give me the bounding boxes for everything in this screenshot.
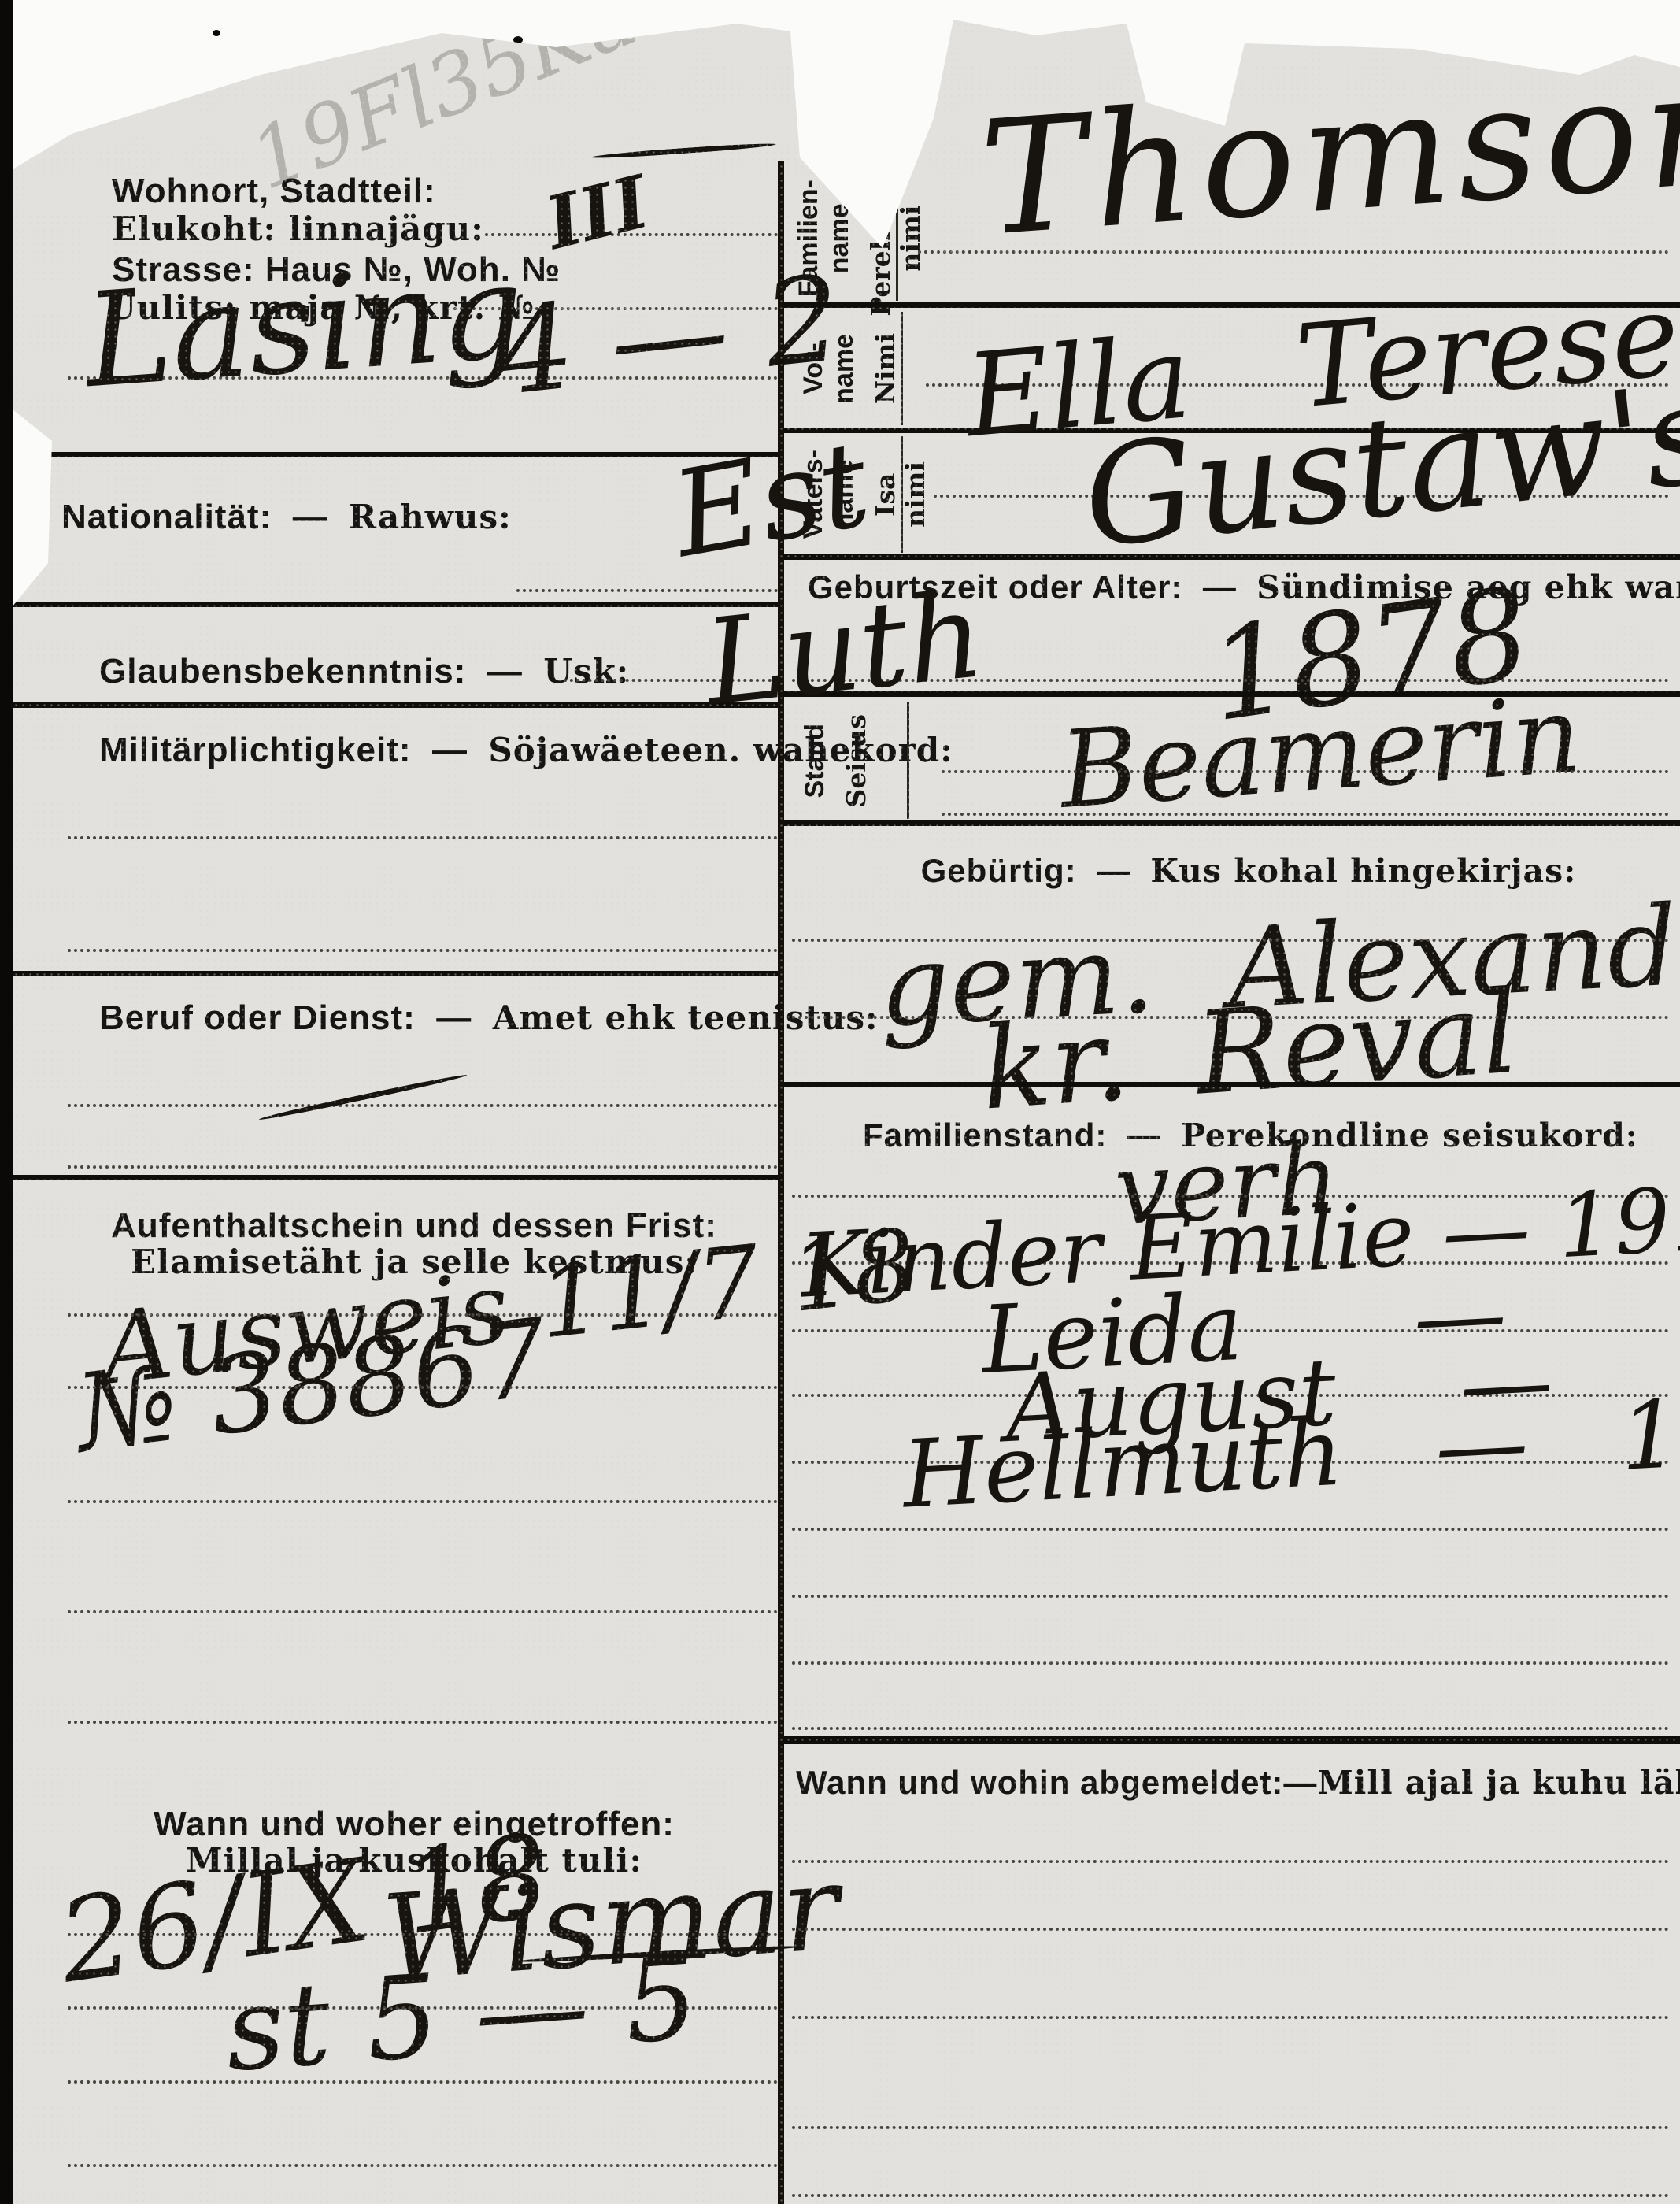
- surname-label-de: Familien- name: [794, 180, 855, 297]
- rule-heavy: [784, 1082, 1680, 1087]
- separator: —: [1097, 852, 1130, 889]
- dotted-line: [68, 1165, 778, 1169]
- firstname-label-et: Nimi: [871, 333, 901, 404]
- dotted-line: [68, 1386, 778, 1389]
- firstname-labels: Vor- name Nimi: [798, 315, 901, 422]
- dotted-line: [792, 1727, 1669, 1730]
- rule-heavy: [13, 702, 778, 708]
- rule-heavy: [13, 602, 778, 607]
- profession-label-de: Beruf oder Dienst: — Amet ehk teenistus:: [99, 998, 879, 1038]
- rule-heavy: [13, 971, 778, 976]
- label-rule: [901, 436, 903, 553]
- dotted-line: [792, 1528, 1669, 1531]
- rule-heavy: [13, 1175, 778, 1180]
- separator: —: [436, 998, 472, 1037]
- dotted-line: [942, 813, 1669, 816]
- estate-value: Beamerin: [1056, 681, 1584, 824]
- dotted-line: [68, 1104, 778, 1107]
- religion-value: Luth: [700, 576, 989, 723]
- dotted-line: [68, 1721, 778, 1724]
- dotted-line: [68, 949, 778, 952]
- district-value: III: [539, 165, 656, 261]
- religion-label-de: Glaubensbekenntnis: — Usk:: [99, 652, 629, 691]
- nationality-value: Est: [665, 425, 877, 576]
- dotted-line: [792, 1016, 1669, 1019]
- dotted-line: [792, 1928, 1669, 1931]
- ink-stroke: [591, 142, 776, 160]
- separator: —: [293, 498, 328, 536]
- separator: —: [1283, 1764, 1317, 1801]
- estate-label-et: Seisus: [842, 714, 871, 808]
- departure-label: Wann und wohin abgemeldet:—Mill ajal ja …: [796, 1764, 1680, 1802]
- dotted-line: [792, 939, 1669, 942]
- dotted-line: [68, 836, 778, 839]
- dotted-line: [792, 1860, 1669, 1863]
- origin-label: Gebürtig: — Kus kohal hingekirjas:: [863, 852, 1634, 890]
- dotted-line: [792, 2126, 1669, 2129]
- dotted-line: [68, 2006, 778, 2010]
- wohnort-label: Wohnort, Stadtteil:: [112, 172, 436, 211]
- scan-speck: [213, 30, 220, 36]
- label-rule: [901, 312, 903, 425]
- profession-dash-stroke: [258, 1072, 468, 1122]
- dotted-line: [68, 1610, 778, 1613]
- street-value: Lasing: [81, 246, 527, 406]
- scan-edge-left: [0, 0, 13, 2204]
- surname-labels: Familien- name Perekonna nimi: [794, 180, 926, 298]
- dotted-line: [792, 1661, 1669, 1665]
- dotted-line: [792, 2194, 1669, 2197]
- separator: —: [487, 652, 523, 691]
- dotted-line: [792, 2016, 1669, 2019]
- dotted-line: [942, 770, 1669, 773]
- nationality-label-de: Nationalität: — Rahwus:: [61, 498, 512, 537]
- dotted-line: [68, 2164, 778, 2167]
- dotted-line: [792, 1595, 1669, 1598]
- registration-card-scan: 19Fl35Ka Wohnort, Stadtteil: Elukoht: li…: [0, 0, 1680, 2204]
- dotted-line: [68, 2080, 778, 2084]
- firstname-label-de: Vor- name: [798, 334, 860, 404]
- rule-heavy: [784, 820, 1680, 826]
- separator: —: [432, 731, 468, 769]
- label-rule: [907, 702, 909, 819]
- arrival-extra: st 5 — 5: [222, 1941, 701, 2088]
- origin-value-2: kr. Reval: [978, 975, 1523, 1126]
- rule-heavy: [784, 1736, 1680, 1744]
- dotted-line: [68, 1500, 778, 1503]
- surname-value: Thomson: [976, 48, 1680, 259]
- estate-label-de: Stand: [800, 724, 831, 798]
- label-rule: [896, 175, 898, 301]
- paper-card: 19Fl35Ka Wohnort, Stadtteil: Elukoht: li…: [13, 0, 1680, 2204]
- rule-heavy: [13, 452, 778, 457]
- estate-labels: Stand Seisus: [800, 706, 871, 816]
